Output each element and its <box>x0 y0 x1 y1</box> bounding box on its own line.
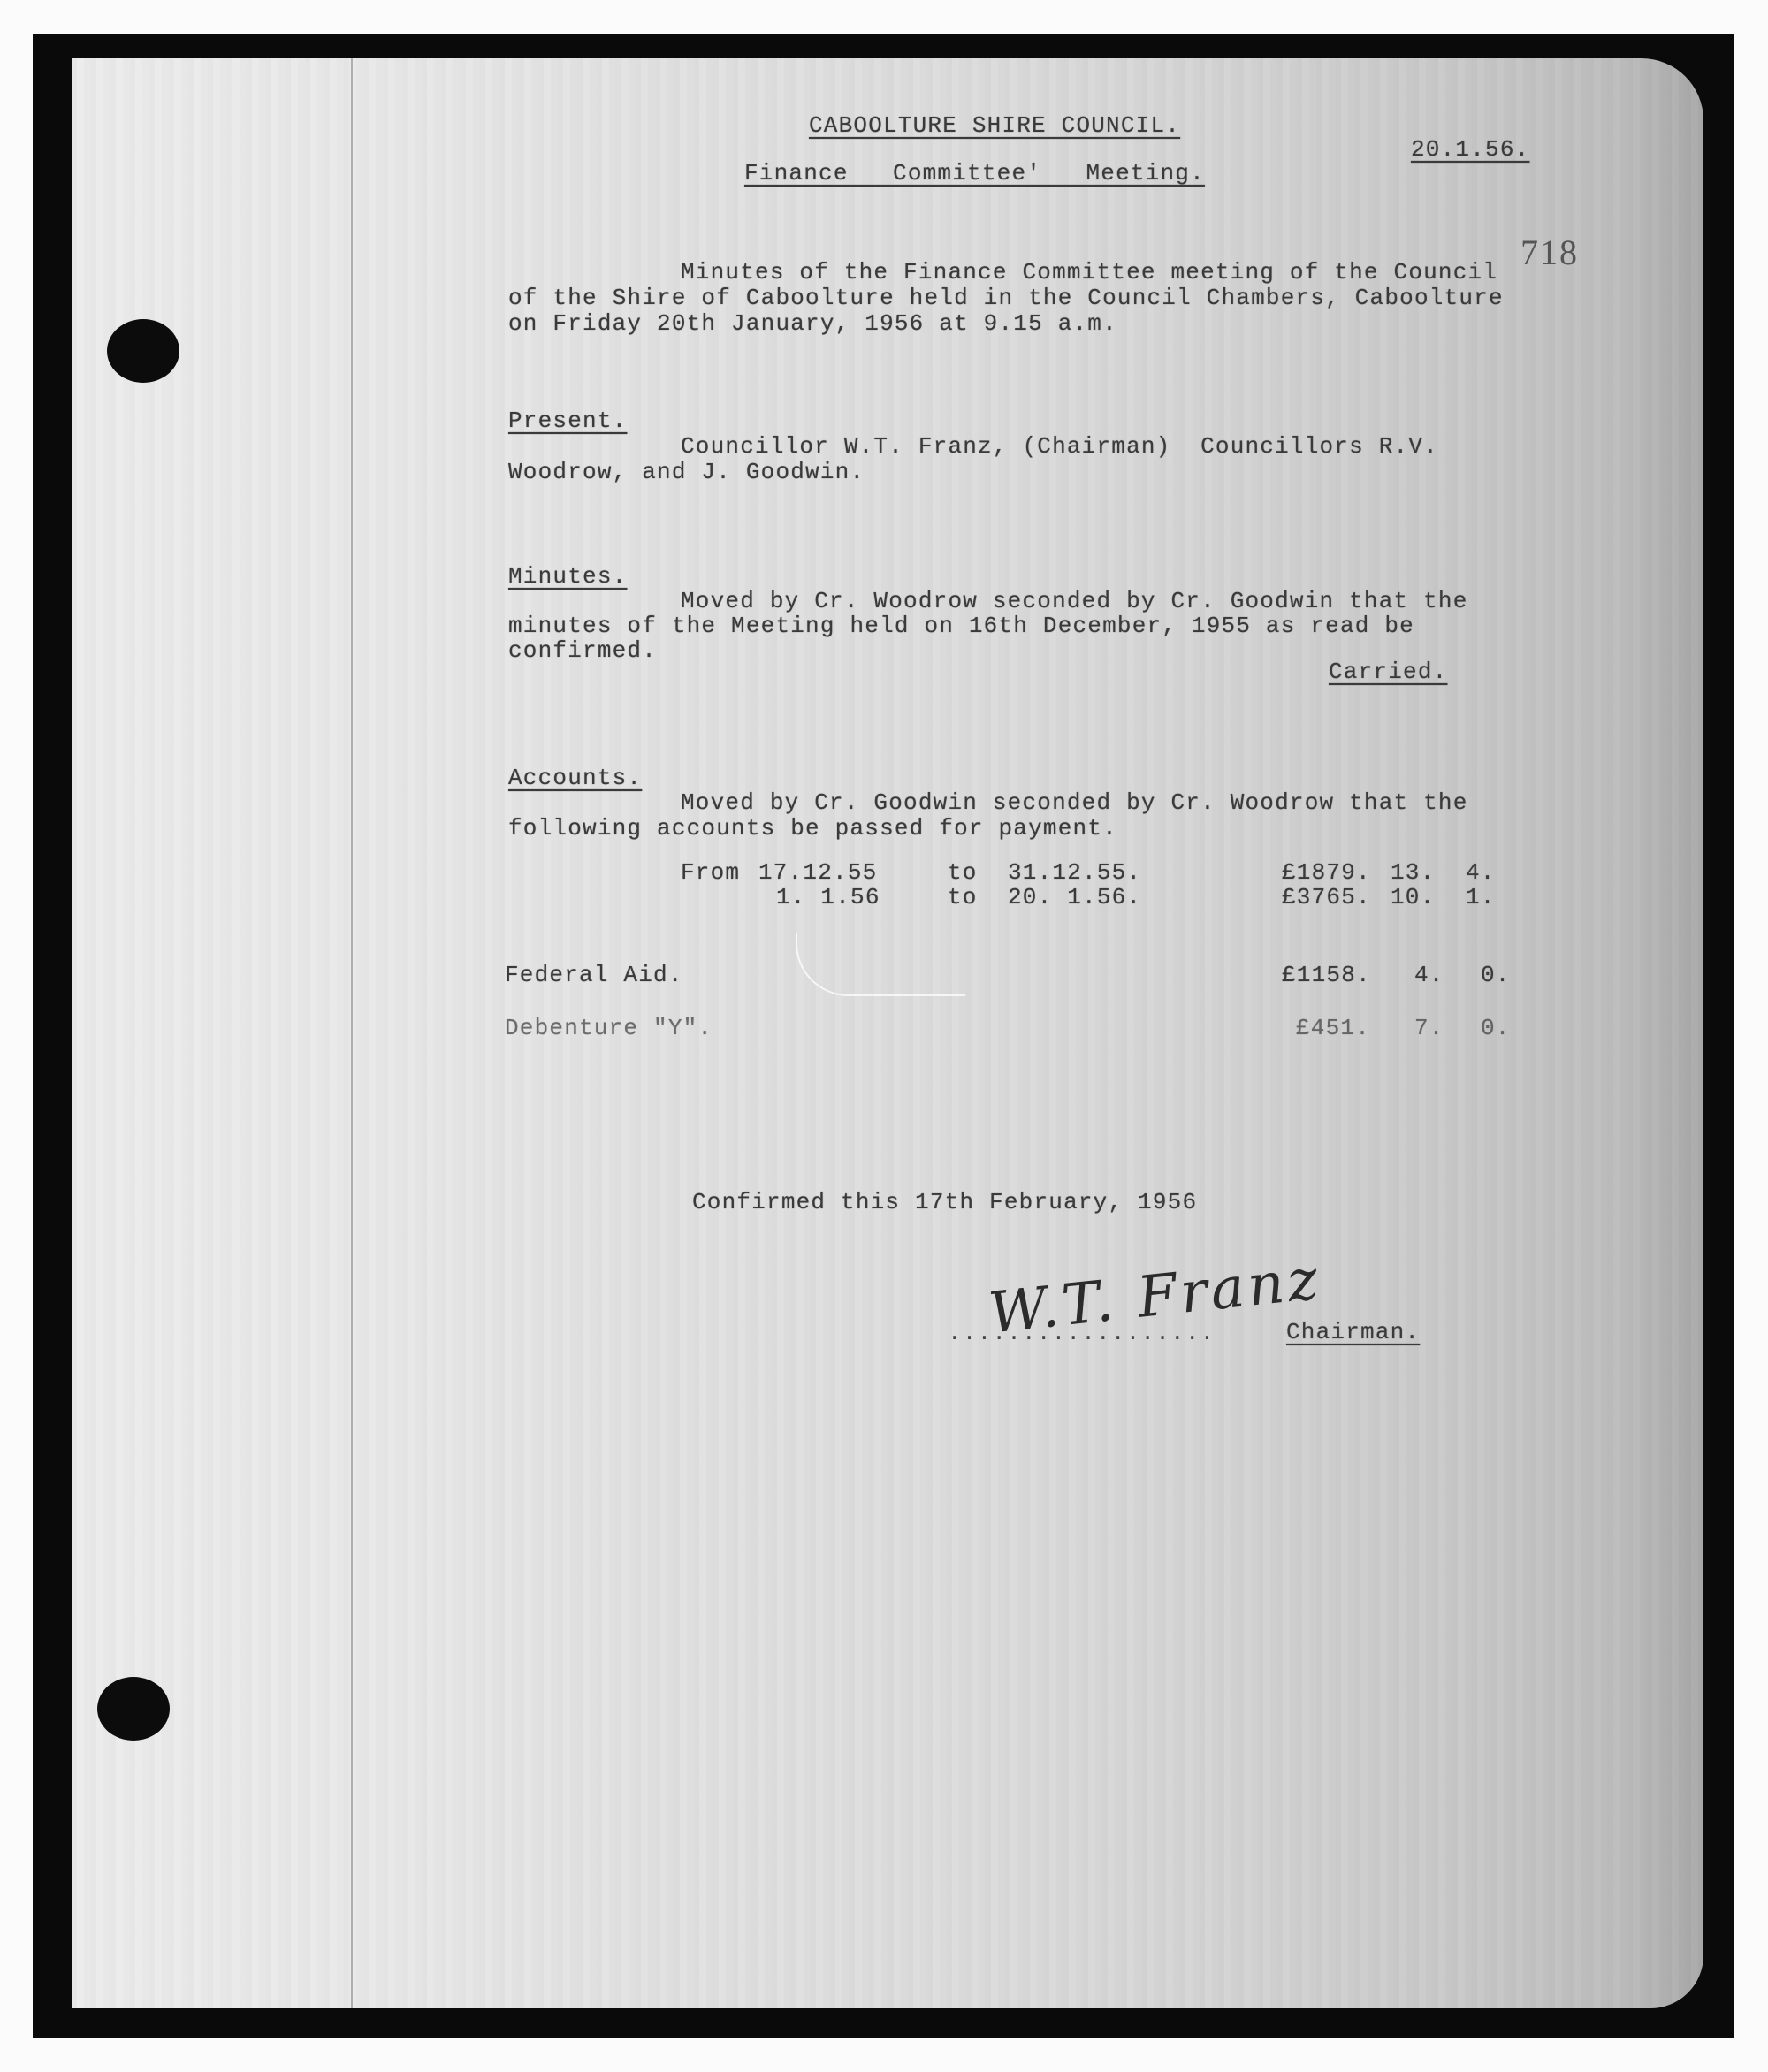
page-number-stamp: 718 <box>1520 232 1579 273</box>
minutes-line-3: confirmed. <box>508 638 657 664</box>
item-label: Debenture "Y". <box>505 1016 713 1041</box>
amount-shillings: 10. <box>1391 885 1435 910</box>
minutes-result: Carried. <box>1329 659 1447 685</box>
margin-rule <box>351 58 353 2008</box>
amount-pence: 4. <box>1466 860 1496 886</box>
amount-pounds: £1158. <box>1282 963 1371 988</box>
chairman-role: Chairman. <box>1286 1320 1420 1345</box>
present-line-2: Woodrow, and J. Goodwin. <box>508 460 865 485</box>
accounts-line-2: following accounts be passed for payment… <box>508 816 1117 842</box>
punch-hole-top <box>107 319 179 383</box>
present-line-1: Councillor W.T. Franz, (Chairman) Counci… <box>681 434 1438 460</box>
amount-pounds: £3765. <box>1282 885 1371 910</box>
amount-pence: 0. <box>1481 1016 1511 1041</box>
to-date: 20. 1.56. <box>1008 885 1141 910</box>
to-label: to <box>948 885 978 910</box>
item-label: Federal Aid. <box>505 963 683 988</box>
amount-pence: 1. <box>1466 885 1496 910</box>
to-date: 31.12.55. <box>1008 860 1141 886</box>
to-label: to <box>948 860 978 886</box>
council-title: CABOOLTURE SHIRE COUNCIL. <box>809 113 1180 139</box>
amount-shillings: 4. <box>1414 963 1444 988</box>
amount-shillings: 13. <box>1391 860 1435 886</box>
from-label: From <box>681 860 740 886</box>
meeting-date: 20.1.56. <box>1411 137 1529 163</box>
amount-pence: 0. <box>1481 963 1511 988</box>
minutes-line-1: Moved by Cr. Woodrow seconded by Cr. Goo… <box>681 589 1468 614</box>
amount-pounds: £1879. <box>1282 860 1371 886</box>
paper-crease <box>796 933 965 996</box>
present-heading: Present. <box>508 408 627 434</box>
amount-shillings: 7. <box>1414 1016 1444 1041</box>
document-page <box>72 58 1703 2008</box>
confirmation-text: Confirmed this 17th February, 1956 <box>692 1190 1197 1215</box>
minutes-heading: Minutes. <box>508 564 627 590</box>
from-date: 17.12.55 <box>758 860 877 886</box>
from-date: 1. 1.56 <box>776 885 880 910</box>
intro-line-3: on Friday 20th January, 1956 at 9.15 a.m… <box>508 311 1117 337</box>
amount-pounds: £451. <box>1296 1016 1370 1041</box>
intro-line-2: of the Shire of Caboolture held in the C… <box>508 286 1504 311</box>
minutes-line-2: minutes of the Meeting held on 16th Dece… <box>508 613 1414 639</box>
intro-line-1: Minutes of the Finance Committee meeting… <box>681 260 1497 286</box>
meeting-title: Finance Committee' Meeting. <box>744 161 1205 187</box>
punch-hole-bottom <box>97 1677 170 1741</box>
accounts-heading: Accounts. <box>508 766 642 791</box>
accounts-line-1: Moved by Cr. Goodwin seconded by Cr. Woo… <box>681 790 1468 816</box>
